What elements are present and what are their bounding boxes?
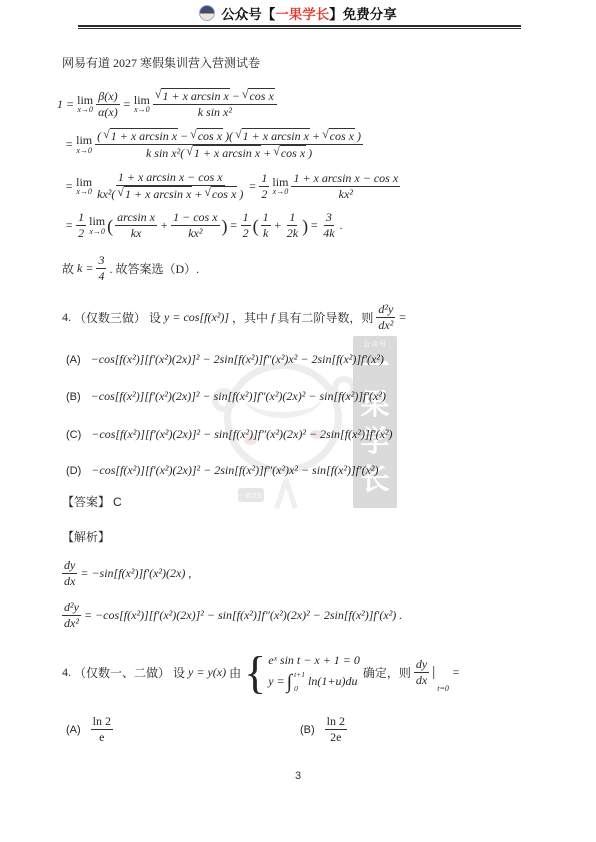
- conclusion-prefix: 故: [62, 260, 74, 277]
- sqrt-radical: √1 + x arcsin x: [155, 88, 230, 104]
- option-label: (B): [66, 391, 81, 403]
- lim-operator: limx→0: [76, 176, 92, 197]
- limit-derivation-line-4: = 12 limx→0 ( arcsin xkx + 1 − cos xkx² …: [65, 210, 343, 241]
- fraction-half: 12: [259, 171, 269, 202]
- period: .: [340, 218, 343, 233]
- question-4b: 4. （仅数一、二做） 设 y = y(x) 由 { eˣ sin t − x …: [62, 652, 460, 693]
- derivative-fraction: dydx: [414, 657, 429, 688]
- derivative-fraction: d²ydx²: [62, 600, 81, 631]
- header-bar: 公众号【一果学长】免费分享: [0, 3, 596, 23]
- fraction: 34k: [321, 210, 336, 241]
- question-number: 4.: [62, 665, 71, 680]
- analysis-label: 【解析】: [62, 528, 110, 545]
- option-a: (A) −cos[f(x²)][f′(x²)(2x)]² − 2sin[f(x²…: [66, 352, 384, 367]
- option-label: (C): [66, 429, 81, 441]
- fraction: β(x)α(x): [96, 89, 120, 120]
- derivative-fraction: dydx: [62, 558, 77, 589]
- lim-operator: limx→0: [272, 176, 288, 197]
- header-rule: [78, 25, 521, 29]
- wm-pendant-icon: [284, 477, 305, 509]
- equals: =: [452, 665, 460, 680]
- option-label: (A): [66, 724, 81, 736]
- equals: =: [123, 97, 131, 112]
- option-text: −cos[f(x²)][f′(x²)(2x)]² − 2sin[f(x²)]f″…: [91, 463, 378, 478]
- solution-expression: −sin[f(x²)]f′(x²)(2x) ,: [91, 566, 191, 581]
- avatar-icon: [199, 5, 215, 21]
- header-title: 公众号【一果学长】免费分享: [221, 3, 397, 23]
- question-tag: （仅数三做）: [74, 309, 146, 326]
- eq-lead: 1 =: [57, 97, 74, 112]
- fraction: 1 + x arcsin x − cos xkx²: [291, 171, 400, 202]
- fraction: 12k: [285, 210, 300, 241]
- fraction-half: 12: [241, 210, 251, 241]
- equals: =: [65, 218, 73, 233]
- conclusion-answer: . 故答案选（D）.: [109, 260, 199, 277]
- option-d: (D) −cos[f(x²)][f′(x²)(2x)]² − 2sin[f(x²…: [66, 463, 379, 478]
- answer-label: 【答案】: [62, 493, 110, 510]
- system-brace: {: [244, 652, 266, 693]
- wm-head-icon: [224, 362, 342, 474]
- fraction: 1k: [261, 210, 271, 241]
- option-b: (B) −cos[f(x²)][f′(x²)(2x)]² − sin[f(x²)…: [66, 389, 386, 404]
- evaluation-point: t=0: [437, 685, 449, 693]
- account-name: 一果学长: [275, 7, 329, 22]
- equals: =: [310, 218, 318, 233]
- sqrt-radical: √cos x: [242, 88, 275, 104]
- function-symbol: f: [271, 310, 274, 325]
- solution-line-1: dydx = −sin[f(x²)]f′(x²)(2x) ,: [62, 558, 191, 589]
- document-page: 一果学长 公众号 一 果 学 长 公众号【一果学长】免费分享 网易有道 2027…: [0, 0, 596, 842]
- option-2a: (A) ln 2e: [66, 714, 113, 745]
- paren-close: ): [222, 217, 228, 235]
- fraction: arcsin xkx: [115, 210, 157, 241]
- system-equation-1: eˣ sin t − x + 1 = 0: [268, 653, 360, 668]
- answer-line: 【答案】 C: [62, 493, 122, 510]
- limit-derivation-line-1: 1 = limx→0 β(x)α(x) = limx→0 √1 + x arcs…: [57, 88, 277, 120]
- lim-operator: limx→0: [134, 94, 150, 115]
- equals: =: [65, 179, 73, 194]
- equation-system: { eˣ sin t − x + 1 = 0 y = ∫ t+10 ln(1+u…: [244, 652, 360, 693]
- sqrt-radical: √cos x: [190, 128, 223, 144]
- paren-open: (: [107, 217, 113, 235]
- option-text: −cos[f(x²)][f′(x²)(2x)]² − sin[f(x²)]f″(…: [91, 427, 392, 442]
- sqrt-radical: √cos x: [204, 186, 237, 202]
- sqrt-radical: √1 + x arcsin x: [235, 128, 310, 144]
- fraction: √1 + x arcsin x − √cos x k sin x²: [153, 88, 277, 120]
- lim-operator: limx→0: [89, 215, 105, 236]
- paren-open: (: [253, 217, 259, 235]
- question-expression: y = y(x): [188, 665, 226, 680]
- option-text: −cos[f(x²)][f′(x²)(2x)]² − 2sin[f(x²)]f″…: [91, 352, 384, 367]
- plus: +: [274, 218, 282, 233]
- equals: =: [65, 137, 73, 152]
- question-text: 设: [173, 664, 185, 681]
- limit-derivation-line-3: = limx→0 1 + x arcsin x − cos x kx²( √1 …: [65, 170, 400, 202]
- question-tag: （仅数一、二做）: [74, 664, 170, 681]
- doc-title: 网易有道 2027 寒假集训营入营测试卷: [62, 54, 260, 71]
- solution-expression: −cos[f(x²)][f′(x²)(2x)]² − sin[f(x²)]f″(…: [95, 608, 402, 623]
- sqrt-radical: √1 + x arcsin x: [103, 128, 178, 144]
- sqrt-radical: √cos x: [273, 145, 306, 161]
- sqrt-radical: √1 + x arcsin x: [117, 186, 192, 202]
- conclusion-line: 故 k = 34 . 故答案选（D）.: [62, 253, 199, 284]
- question-expression: y = cos[f(x²)]: [164, 310, 229, 325]
- equals: =: [230, 218, 238, 233]
- fraction: 1 + x arcsin x − cos x kx²( √1 + x arcsi…: [95, 170, 245, 202]
- integral-icon: ∫: [287, 672, 292, 692]
- sqrt-radical: √1 + x arcsin x: [186, 145, 261, 161]
- system-equation-2: y = ∫ t+10 ln(1+u)du: [268, 671, 357, 693]
- wm-pendant-icon: [268, 477, 289, 509]
- question-text: 具有二阶导数，则: [277, 309, 373, 326]
- limit-derivation-line-2: = limx→0 ( √1 + x arcsin x − √cos x )( √…: [65, 128, 363, 161]
- option-fraction: ln 2e: [91, 714, 113, 745]
- question-4a: 4. （仅数三做） 设 y = cos[f(x²)] ，其中 f 具有二阶导数，…: [62, 302, 406, 333]
- equals: =: [398, 310, 406, 325]
- equals: =: [248, 179, 256, 194]
- page-number: 3: [0, 770, 596, 782]
- paren-close: ): [302, 217, 308, 235]
- fraction: 1 − cos xkx²: [171, 210, 219, 241]
- option-2b: (B) ln 22e: [300, 714, 347, 745]
- wm-badge: 一果学长: [238, 488, 264, 502]
- question-number: 4.: [62, 310, 71, 325]
- derivative-fraction: d²ydx²: [376, 302, 395, 333]
- equals: =: [84, 608, 92, 623]
- solution-line-2: d²ydx² = −cos[f(x²)][f′(x²)(2x)]² − sin[…: [62, 600, 402, 631]
- plus: +: [160, 218, 168, 233]
- fraction: ( √1 + x arcsin x − √cos x )( √1 + x arc…: [95, 128, 363, 161]
- sqrt-radical: √cos x: [322, 128, 355, 144]
- question-text: 确定，则: [363, 664, 411, 681]
- option-label: (A): [66, 354, 81, 366]
- question-text: ，其中: [232, 309, 268, 326]
- wm-banner-top-label: 公众号: [363, 339, 387, 349]
- option-text: −cos[f(x²)][f′(x²)(2x)]² − sin[f(x²)]f″(…: [91, 389, 386, 404]
- option-label: (D): [66, 465, 81, 477]
- answer-value: C: [113, 495, 122, 509]
- option-c: (C) −cos[f(x²)][f′(x²)(2x)]² − sin[f(x²)…: [66, 427, 393, 442]
- evaluation-bar: |: [432, 664, 435, 681]
- question-text: 设: [149, 309, 161, 326]
- option-fraction: ln 22e: [325, 714, 347, 745]
- fraction: 34: [96, 253, 106, 284]
- question-text: 由: [229, 664, 241, 681]
- lim-operator: limx→0: [77, 94, 93, 115]
- option-label: (B): [300, 724, 315, 736]
- lim-operator: limx→0: [76, 134, 92, 155]
- fraction-half: 12: [76, 210, 86, 241]
- equals: =: [80, 566, 88, 581]
- k-equals: k =: [77, 261, 93, 276]
